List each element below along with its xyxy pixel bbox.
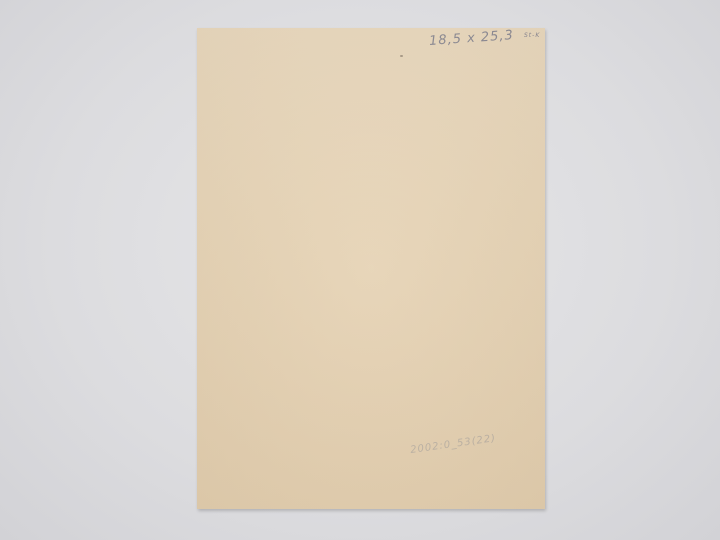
handwritten-code: St-K [524, 32, 540, 39]
handwritten-dimensions: 18,5 x 25,3 [429, 28, 515, 49]
paper-speck [400, 55, 403, 57]
paper-sheet: 18,5 x 25,3 St-K 2002:0_53(22) [197, 28, 545, 509]
handwritten-inventory-number: 2002:0_53(22) [410, 433, 497, 456]
